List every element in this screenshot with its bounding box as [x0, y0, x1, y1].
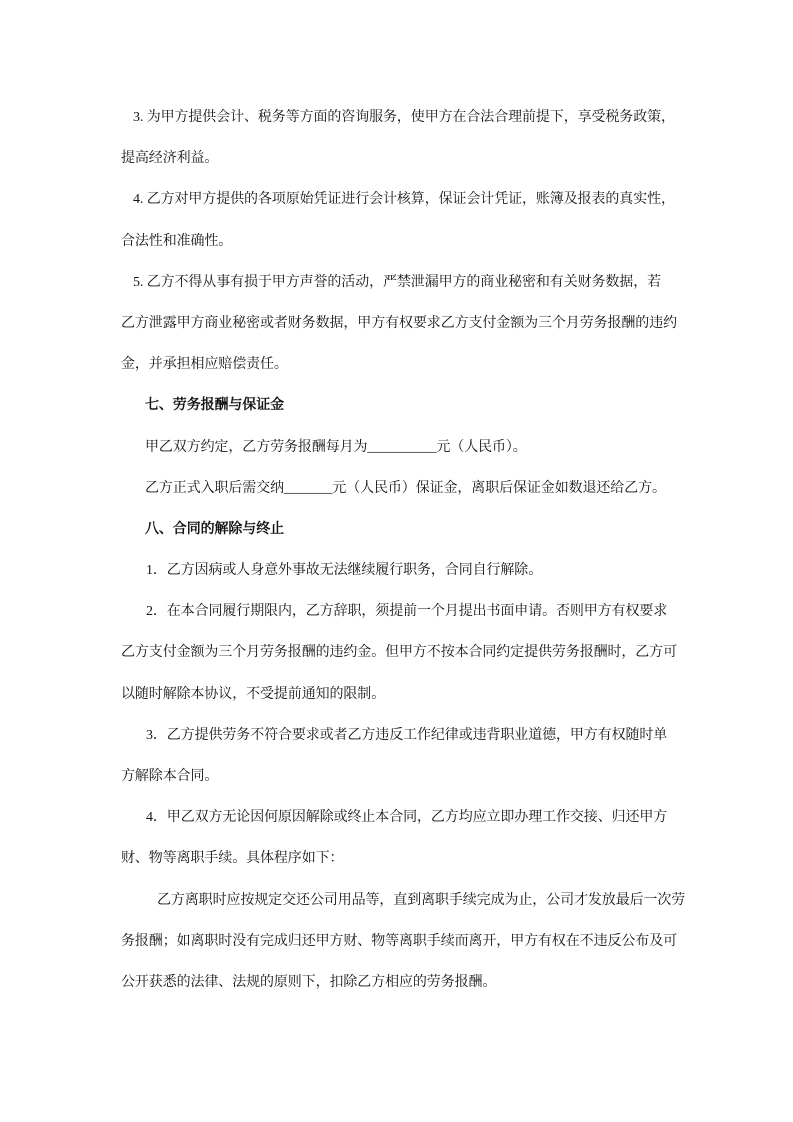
- termination-item-2-line-3: 以随时解除本协议，不受提前通知的限制。: [121, 674, 681, 715]
- clause-5-line-3: 金，并承担相应赔偿责任。: [121, 344, 681, 385]
- termination-item-3-line-1: 3．乙方提供劳务不符合要求或者乙方违反工作纪律或违背职业道德，甲方有权随时单: [121, 715, 681, 756]
- handover-procedure-line-3: 公开获悉的法律、法规的原则下，扣除乙方相应的劳务报酬。: [121, 962, 681, 1003]
- contract-body: 3. 为甲方提供会计、税务等方面的咨询服务，使甲方在合法合理前提下，享受税务政策…: [121, 97, 681, 1003]
- clause-3-line-1: 3. 为甲方提供会计、税务等方面的咨询服务，使甲方在合法合理前提下，享受税务政策…: [121, 97, 681, 138]
- handover-procedure-line-2: 务报酬；如离职时没有完成归还甲方财、物等离职手续而离开，甲方有权在不违反公布及可: [121, 921, 681, 962]
- clause-5-line-1: 5. 乙方不得从事有损于甲方声誉的活动，严禁泄漏甲方的商业秘密和有关财务数据，若: [121, 262, 681, 303]
- section-7-heading: 七、劳务报酬与保证金: [121, 385, 681, 426]
- termination-item-4-line-1: 4．甲乙双方无论因何原因解除或终止本合同，乙方均应立即办理工作交接、归还甲方: [121, 797, 681, 838]
- clause-4-line-2: 合法性和准确性。: [121, 221, 681, 262]
- document-page: 3. 为甲方提供会计、税务等方面的咨询服务，使甲方在合法合理前提下，享受税务政策…: [0, 0, 793, 1122]
- section-8-heading: 八、合同的解除与终止: [121, 509, 681, 550]
- clause-3-line-2: 提高经济利益。: [121, 138, 681, 179]
- clause-5-line-2: 乙方泄露甲方商业秘密或者财务数据，甲方有权要求乙方支付金额为三个月劳务报酬的违约: [121, 303, 681, 344]
- deposit-blank-line: 乙方正式入职后需交纳_______元（人民币）保证金，离职后保证金如数退还给乙方…: [121, 468, 681, 509]
- remuneration-blank-line: 甲乙双方约定，乙方劳务报酬每月为__________元（人民币）。: [121, 427, 681, 468]
- termination-item-2-line-2: 乙方支付金额为三个月劳务报酬的违约金。但甲方不按本合同约定提供劳务报酬时，乙方可: [121, 632, 681, 673]
- termination-item-4-line-2: 财、物等离职手续。具体程序如下：: [121, 838, 681, 879]
- termination-item-1: 1．乙方因病或人身意外事故无法继续履行职务，合同自行解除。: [121, 550, 681, 591]
- termination-item-2-line-1: 2．在本合同履行期限内，乙方辞职，须提前一个月提出书面申请。否则甲方有权要求: [121, 591, 681, 632]
- clause-4-line-1: 4. 乙方对甲方提供的各项原始凭证进行会计核算，保证会计凭证，账簿及报表的真实性…: [121, 179, 681, 220]
- handover-procedure-line-1: 乙方离职时应按规定交还公司用品等，直到离职手续完成为止，公司才发放最后一次劳: [121, 880, 681, 921]
- termination-item-3-line-2: 方解除本合同。: [121, 756, 681, 797]
